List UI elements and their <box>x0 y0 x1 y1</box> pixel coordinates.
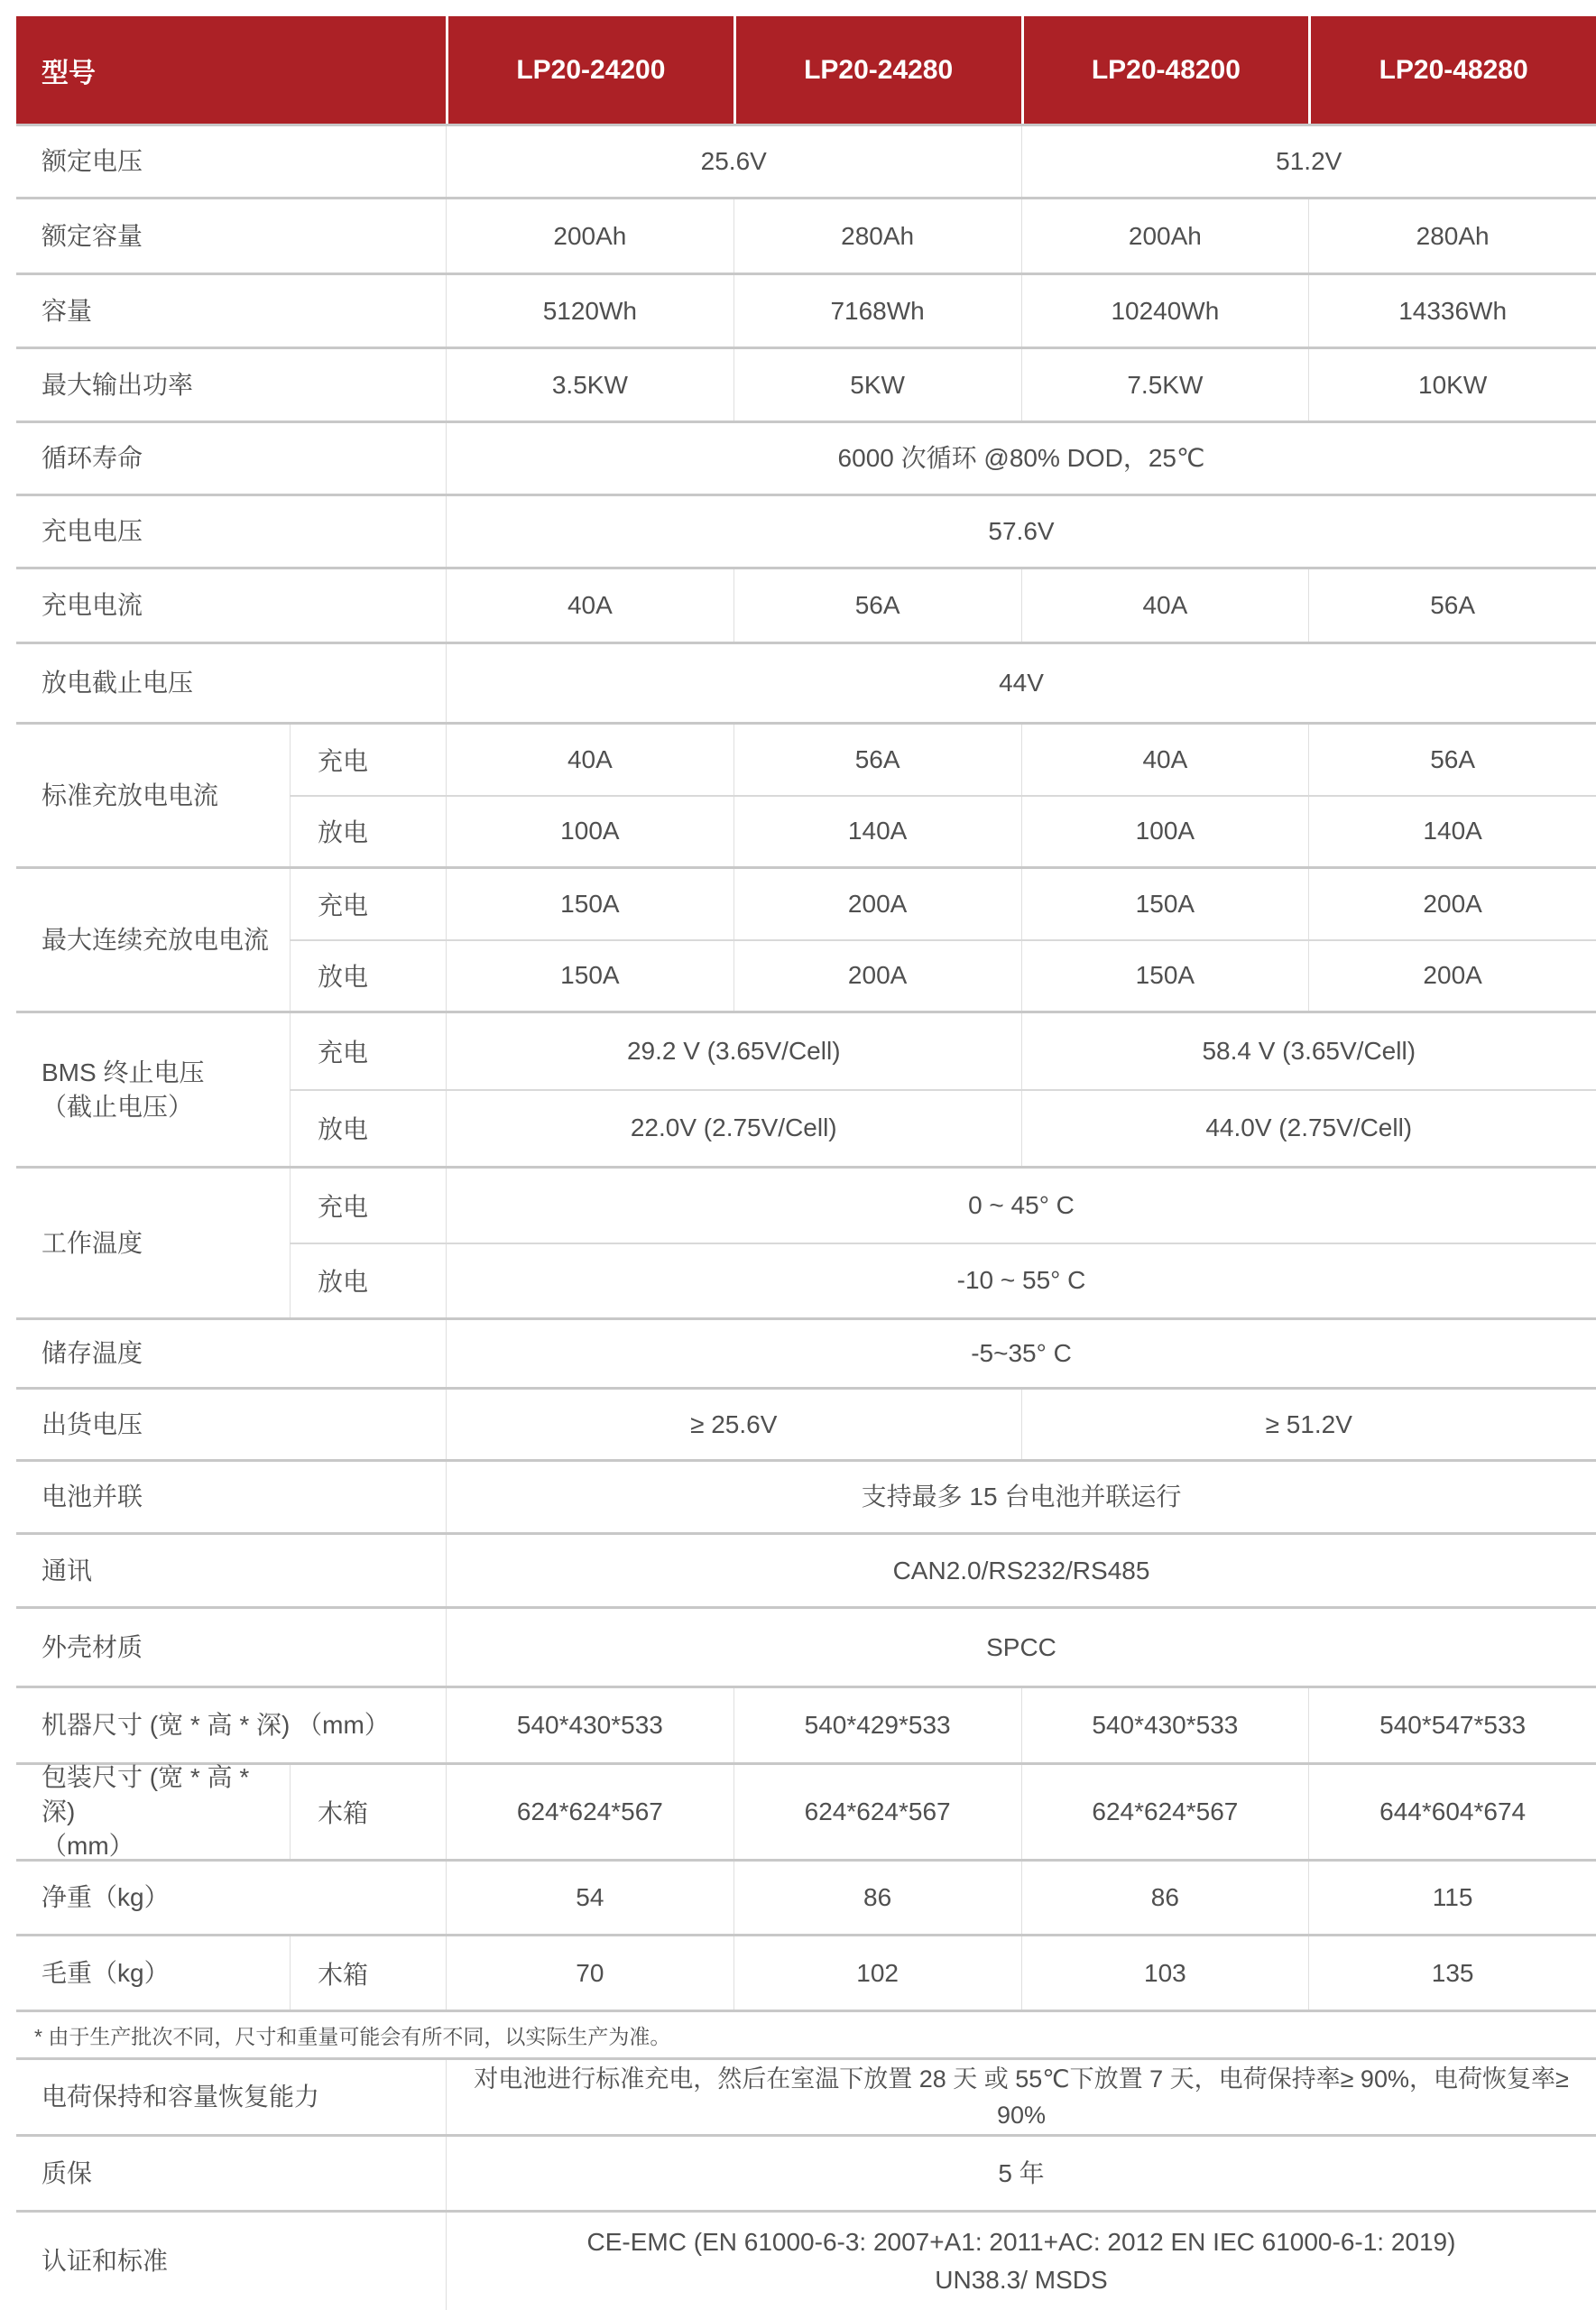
sub-row-label: 充电 <box>290 869 446 939</box>
header-model-lp20-24280: LP20-24280 <box>733 16 1021 124</box>
spec-value: 540*430*533 <box>446 1688 733 1762</box>
spec-value: 44V <box>446 644 1596 722</box>
spec-value: 86 <box>1021 1862 1309 1934</box>
spec-value: 540*430*533 <box>1021 1688 1309 1762</box>
spec-value: 对电池进行标准充电，然后在室温下放置 28 天 或 55℃下放置 7 天，电荷保… <box>446 2060 1596 2134</box>
sub-row-charge: 充电 29.2 V (3.65V/Cell) 58.4 V (3.65V/Cel… <box>290 1013 1596 1089</box>
spec-row-max-continuous-current: 最大连续充放电电流 充电 150A 200A 150A 200A 放电 150A… <box>16 866 1596 1011</box>
row-label: 出货电压 <box>16 1390 446 1459</box>
sub-row-group: 充电 40A 56A 40A 56A 放电 100A 140A 100A 140… <box>290 725 1596 866</box>
spec-row-machine-dimensions: 机器尺寸 (宽 * 高 * 深) （mm） 540*430*533 540*42… <box>16 1686 1596 1762</box>
sub-row-label: 放电 <box>290 941 446 1012</box>
row-label: 储存温度 <box>16 1320 446 1387</box>
sub-row-label: 放电 <box>290 1244 446 1318</box>
row-label: 最大输出功率 <box>16 349 446 420</box>
spec-value: 51.2V <box>1021 126 1596 197</box>
spec-value: 200Ah <box>446 199 733 273</box>
spec-row-charge-voltage: 充电电压 57.6V <box>16 494 1596 567</box>
spec-value: 200Ah <box>1021 199 1309 273</box>
sub-row-label: 木箱 <box>290 1765 446 1859</box>
spec-row-standard-current: 标准充放电电流 充电 40A 56A 40A 56A 放电 100A 140A … <box>16 722 1596 866</box>
sub-row-discharge: 放电 150A 200A 150A 200A <box>290 939 1596 1012</box>
spec-row-battery-parallel: 电池并联 支持最多 15 台电池并联运行 <box>16 1459 1596 1532</box>
spec-value: 540*547*533 <box>1308 1688 1596 1762</box>
spec-value: 56A <box>1308 725 1596 795</box>
row-label: BMS 终止电压 （截止电压） <box>16 1013 290 1166</box>
spec-value: 200A <box>733 869 1021 939</box>
sub-row-charge: 充电 40A 56A 40A 56A <box>290 725 1596 795</box>
spec-row-net-weight: 净重（kg） 54 86 86 115 <box>16 1859 1596 1934</box>
spec-value: 14336Wh <box>1308 275 1596 346</box>
spec-value: 200A <box>733 941 1021 1012</box>
spec-row-charge-current: 充电电流 40A 56A 40A 56A <box>16 567 1596 642</box>
spec-value: 44.0V (2.75V/Cell) <box>1021 1091 1596 1167</box>
sub-row-wooden-box: 木箱 624*624*567 624*624*567 624*624*567 6… <box>290 1765 1596 1859</box>
table-header: 型号 LP20-24200 LP20-24280 LP20-48200 LP20… <box>16 16 1596 124</box>
spec-value: 56A <box>733 569 1021 642</box>
spec-value: CE-EMC (EN 61000-6-3: 2007+A1: 2011+AC: … <box>446 2213 1596 2310</box>
spec-value: 540*429*533 <box>733 1688 1021 1762</box>
spec-row-working-temperature: 工作温度 充电 0 ~ 45° C 放电 -10 ~ 55° C <box>16 1166 1596 1317</box>
spec-value: ≥ 51.2V <box>1021 1390 1596 1459</box>
spec-value: ≥ 25.6V <box>446 1390 1021 1459</box>
header-model-label: 型号 <box>16 16 446 124</box>
row-label: 最大连续充放电电流 <box>16 869 290 1011</box>
spec-value: 5120Wh <box>446 275 733 346</box>
spec-value: 3.5KW <box>446 349 733 420</box>
sub-row-group: 木箱 624*624*567 624*624*567 624*624*567 6… <box>290 1765 1596 1859</box>
spec-value: 150A <box>1021 941 1309 1012</box>
spec-value: -10 ~ 55° C <box>446 1244 1596 1318</box>
spec-table: 型号 LP20-24200 LP20-24280 LP20-48200 LP20… <box>16 16 1596 2310</box>
spec-value: 25.6V <box>446 126 1021 197</box>
spec-value: 57.6V <box>446 496 1596 567</box>
spec-value: 40A <box>446 569 733 642</box>
row-label: 净重（kg） <box>16 1862 446 1934</box>
spec-value: 58.4 V (3.65V/Cell) <box>1021 1013 1596 1089</box>
sub-row-group: 充电 29.2 V (3.65V/Cell) 58.4 V (3.65V/Cel… <box>290 1013 1596 1166</box>
spec-value: 10240Wh <box>1021 275 1309 346</box>
spec-row-shipping-voltage: 出货电压 ≥ 25.6V ≥ 51.2V <box>16 1387 1596 1459</box>
sub-row-label: 放电 <box>290 797 446 867</box>
row-label: 质保 <box>16 2137 446 2210</box>
spec-value: 200A <box>1308 941 1596 1012</box>
row-label: 毛重（kg） <box>16 1936 290 2010</box>
row-label: 机器尺寸 (宽 * 高 * 深) （mm） <box>16 1688 446 1762</box>
sub-row-label: 充电 <box>290 725 446 795</box>
spec-value: 280Ah <box>733 199 1021 273</box>
sub-row-label: 放电 <box>290 1091 446 1167</box>
sub-row-label: 充电 <box>290 1013 446 1089</box>
spec-row-communication: 通讯 CAN2.0/RS232/RS485 <box>16 1532 1596 1606</box>
spec-value: 624*624*567 <box>446 1765 733 1859</box>
spec-value: 40A <box>1021 569 1309 642</box>
spec-value: 40A <box>1021 725 1309 795</box>
row-label: 电荷保持和容量恢复能力 <box>16 2060 446 2134</box>
spec-value: 7.5KW <box>1021 349 1309 420</box>
spec-row-rated-capacity: 额定容量 200Ah 280Ah 200Ah 280Ah <box>16 197 1596 273</box>
row-label: 额定容量 <box>16 199 446 273</box>
spec-value: 6000 次循环 @80% DOD，25℃ <box>446 423 1596 494</box>
footnote-row: * 由于生产批次不同，尺寸和重量可能会有所不同，以实际生产为准。 <box>16 2010 1596 2057</box>
row-label: 充电电压 <box>16 496 446 567</box>
spec-value: 5 年 <box>446 2137 1596 2210</box>
spec-value: 86 <box>733 1862 1021 1934</box>
spec-row-cycle-life: 循环寿命 6000 次循环 @80% DOD，25℃ <box>16 420 1596 494</box>
spec-value: 150A <box>1021 869 1309 939</box>
row-label: 放电截止电压 <box>16 644 446 722</box>
spec-value: 140A <box>733 797 1021 867</box>
spec-value: 100A <box>1021 797 1309 867</box>
spec-row-charge-retention: 电荷保持和容量恢复能力 对电池进行标准充电，然后在室温下放置 28 天 或 55… <box>16 2057 1596 2134</box>
row-label: 额定电压 <box>16 126 446 197</box>
sub-row-charge: 充电 0 ~ 45° C <box>290 1169 1596 1243</box>
spec-value: 29.2 V (3.65V/Cell) <box>446 1013 1021 1089</box>
sub-row-label: 木箱 <box>290 1936 446 2010</box>
spec-value: 150A <box>446 869 733 939</box>
header-model-lp20-48200: LP20-48200 <box>1021 16 1309 124</box>
spec-value: 支持最多 15 台电池并联运行 <box>446 1462 1596 1532</box>
spec-value: 56A <box>1308 569 1596 642</box>
row-label: 电池并联 <box>16 1462 446 1532</box>
spec-value: 644*604*674 <box>1308 1765 1596 1859</box>
row-label: 包装尺寸 (宽 * 高 * 深) （mm） <box>16 1765 290 1859</box>
spec-value: 22.0V (2.75V/Cell) <box>446 1091 1021 1167</box>
sub-row-discharge: 放电 -10 ~ 55° C <box>290 1243 1596 1318</box>
sub-row-group: 充电 150A 200A 150A 200A 放电 150A 200A 150A… <box>290 869 1596 1011</box>
spec-value: 140A <box>1308 797 1596 867</box>
spec-row-max-output-power: 最大输出功率 3.5KW 5KW 7.5KW 10KW <box>16 346 1596 420</box>
spec-row-discharge-cutoff-voltage: 放电截止电压 44V <box>16 642 1596 722</box>
spec-value: 54 <box>446 1862 733 1934</box>
spec-row-case-material: 外壳材质 SPCC <box>16 1606 1596 1686</box>
row-label: 工作温度 <box>16 1169 290 1317</box>
spec-value: 56A <box>733 725 1021 795</box>
spec-value: 0 ~ 45° C <box>446 1169 1596 1243</box>
spec-value: 10KW <box>1308 349 1596 420</box>
row-label: 循环寿命 <box>16 423 446 494</box>
footnote-text: * 由于生产批次不同，尺寸和重量可能会有所不同，以实际生产为准。 <box>16 2020 670 2050</box>
spec-value: 40A <box>446 725 733 795</box>
spec-row-energy: 容量 5120Wh 7168Wh 10240Wh 14336Wh <box>16 273 1596 346</box>
spec-value: 150A <box>446 941 733 1012</box>
spec-row-bms-cutoff-voltage: BMS 终止电压 （截止电压） 充电 29.2 V (3.65V/Cell) 5… <box>16 1011 1596 1166</box>
spec-sheet-page: 型号 LP20-24200 LP20-24280 LP20-48200 LP20… <box>0 0 1596 2310</box>
row-label: 认证和标准 <box>16 2213 446 2310</box>
spec-value: 100A <box>446 797 733 867</box>
sub-row-label: 充电 <box>290 1169 446 1243</box>
spec-value: -5~35° C <box>446 1320 1596 1387</box>
spec-row-packing-dimensions: 包装尺寸 (宽 * 高 * 深) （mm） 木箱 624*624*567 624… <box>16 1762 1596 1859</box>
row-label: 通讯 <box>16 1535 446 1606</box>
spec-row-gross-weight: 毛重（kg） 木箱 70 102 103 135 <box>16 1934 1596 2010</box>
spec-value: 135 <box>1308 1936 1596 2010</box>
spec-value: 624*624*567 <box>1021 1765 1309 1859</box>
header-model-lp20-48280: LP20-48280 <box>1308 16 1596 124</box>
spec-value: 103 <box>1021 1936 1309 2010</box>
sub-row-discharge: 放电 100A 140A 100A 140A <box>290 795 1596 867</box>
sub-row-discharge: 放电 22.0V (2.75V/Cell) 44.0V (2.75V/Cell) <box>290 1089 1596 1167</box>
spec-value: 5KW <box>733 349 1021 420</box>
spec-value: 624*624*567 <box>733 1765 1021 1859</box>
spec-row-rated-voltage: 额定电压 25.6V 51.2V <box>16 124 1596 197</box>
spec-value: 280Ah <box>1308 199 1596 273</box>
sub-row-wooden-box: 木箱 70 102 103 135 <box>290 1936 1596 2010</box>
spec-row-warranty: 质保 5 年 <box>16 2134 1596 2210</box>
spec-value: 70 <box>446 1936 733 2010</box>
spec-row-storage-temperature: 储存温度 -5~35° C <box>16 1317 1596 1387</box>
spec-value: SPCC <box>446 1609 1596 1686</box>
spec-value: 7168Wh <box>733 275 1021 346</box>
header-model-lp20-24200: LP20-24200 <box>446 16 733 124</box>
spec-value: 200A <box>1308 869 1596 939</box>
sub-row-group: 充电 0 ~ 45° C 放电 -10 ~ 55° C <box>290 1169 1596 1317</box>
spec-value: 102 <box>733 1936 1021 2010</box>
row-label: 充电电流 <box>16 569 446 642</box>
row-label: 标准充放电电流 <box>16 725 290 866</box>
spec-value: CAN2.0/RS232/RS485 <box>446 1535 1596 1606</box>
sub-row-charge: 充电 150A 200A 150A 200A <box>290 869 1596 939</box>
row-label: 容量 <box>16 275 446 346</box>
spec-value: 115 <box>1308 1862 1596 1934</box>
spec-row-certifications: 认证和标准 CE-EMC (EN 61000-6-3: 2007+A1: 201… <box>16 2210 1596 2310</box>
sub-row-group: 木箱 70 102 103 135 <box>290 1936 1596 2010</box>
row-label: 外壳材质 <box>16 1609 446 1686</box>
